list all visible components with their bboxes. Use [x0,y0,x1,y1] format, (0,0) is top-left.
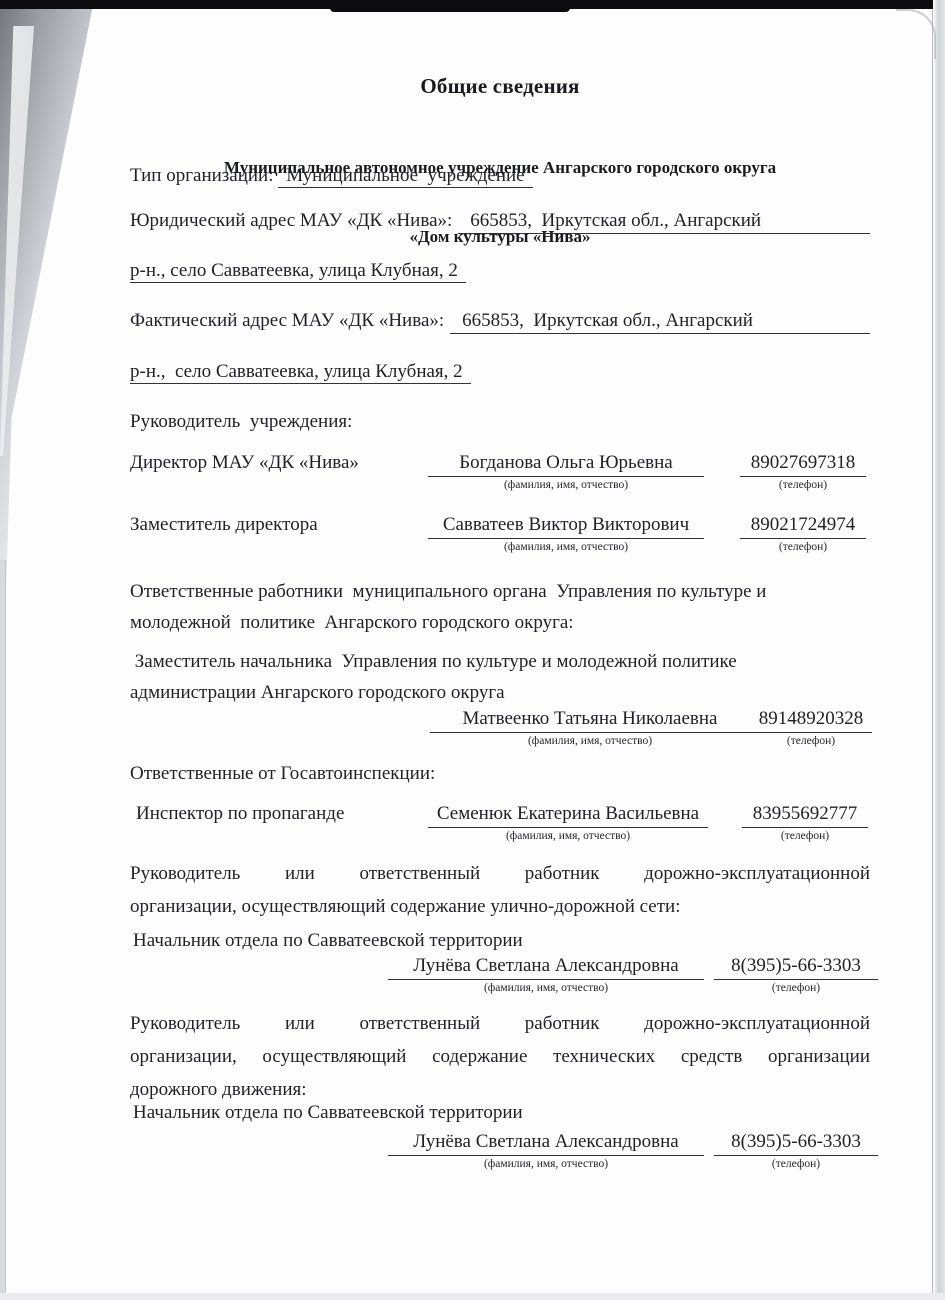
org-type-label: Тип организации: [130,165,274,186]
actual-address-row: Фактический адрес МАУ «ДК «Нива»: 665853… [130,310,870,334]
paragraph-line: Ответственные работники муниципального о… [130,576,870,607]
contact-phone-field: 8(395)5-66-3303 (телефон) [714,955,878,995]
phone-caption: (телефон) [779,478,827,492]
paragraph-line: организации, осуществляющий содержание т… [130,1040,870,1073]
contact-label: Директор МАУ «ДК «Нива» [130,452,359,474]
document-content: Общие сведения Муниципальное автономное … [0,0,945,1300]
phone-caption: (телефон) [772,1157,820,1171]
contact-phone-value: 83955692777 [742,803,868,828]
road-org-heading-2: Руководитель или ответственный работник … [130,1007,870,1106]
name-caption: (фамилия, имя, отчество) [504,540,628,554]
contact-phone-field: 89148920328 (телефон) [750,708,872,748]
contact-name-value: Матвеенко Татьяна Николаевна [430,708,750,733]
contact-row-road-head-2: Лунёва Светлана Александровна (фамилия, … [130,1131,880,1179]
contact-name-value: Лунёва Светлана Александровна [388,1131,704,1156]
contact-name-field: Лунёва Светлана Александровна (фамилия, … [388,1131,704,1171]
actual-address-label: Фактический адрес МАУ «ДК «Нива»: [130,310,450,332]
legal-address-line2-wrap: р-н., село Савватеевка, улица Клубная, 2 [130,259,466,283]
road-head-title: Начальник отдела по Савватеевской террит… [133,1101,523,1125]
actual-address-value-line2: р-н., село Савватеевка, улица Клубная, 2 [130,361,471,384]
paragraph-line: молодежной политике Ангарского городског… [130,607,870,638]
name-caption: (фамилия, имя, отчество) [504,478,628,492]
legal-address-value-line2: р-н., село Савватеевка, улица Клубная, 2 [130,260,466,283]
contact-name-field: Савватеев Виктор Викторович (фамилия, им… [428,514,704,554]
name-caption: (фамилия, имя, отчество) [528,734,652,748]
actual-address-line2-wrap: р-н., село Савватеевка, улица Клубная, 2 [130,360,471,384]
document-title: Общие сведения [130,74,870,98]
contact-name-field: Семенюк Екатерина Васильевна (фамилия, и… [428,803,708,843]
paragraph-line: Руководитель или ответственный работник … [130,1007,870,1040]
contact-name-field: Богданова Ольга Юрьевна (фамилия, имя, о… [428,452,704,492]
contact-name-value: Савватеев Виктор Викторович [428,514,704,539]
road-head-title: Начальник отдела по Савватеевской террит… [133,929,523,953]
head-section-label: Руководитель учреждения: [130,410,352,434]
contact-row-road-head-1: Лунёва Светлана Александровна (фамилия, … [130,955,880,1003]
road-org-heading-1: Руководитель или ответственный работник … [130,857,870,923]
paragraph-line: Заместитель начальника Управления по кул… [130,646,870,677]
scanned-document-page: Общие сведения Муниципальное автономное … [0,0,945,1300]
contact-name-value: Богданова Ольга Юрьевна [428,452,704,477]
legal-address-row: Юридический адрес МАУ «ДК «Нива»: 665853… [130,210,870,234]
contact-name-value: Семенюк Екатерина Васильевна [428,803,708,828]
contact-phone-field: 89027697318 (телефон) [740,452,866,492]
contact-label: Заместитель директора [130,514,318,536]
contact-phone-value: 8(395)5-66-3303 [714,955,878,980]
gai-section-heading: Ответственные от Госавтоинспекции: [130,762,435,786]
contact-label: Инспектор по пропаганде [136,803,344,825]
paragraph-line: организации, осуществляющий содержание у… [130,890,870,923]
phone-caption: (телефон) [781,829,829,843]
contact-row-deputy-head: Матвеенко Татьяна Николаевна (фамилия, и… [130,708,880,756]
contact-row-deputy-director: Заместитель директора Савватеев Виктор В… [130,514,880,562]
contact-phone-value: 8(395)5-66-3303 [714,1131,878,1156]
deputy-head-title: Заместитель начальника Управления по кул… [130,646,870,708]
name-caption: (фамилия, имя, отчество) [484,981,608,995]
contact-row-inspector: Инспектор по пропаганде Семенюк Екатерин… [130,803,880,851]
name-caption: (фамилия, имя, отчество) [506,829,630,843]
contact-phone-value: 89027697318 [740,452,866,477]
paragraph-line: администрации Ангарского городского окру… [130,677,870,708]
org-type-row: Тип организации: Муниципальное учреждени… [130,164,533,188]
municipal-staff-heading: Ответственные работники муниципального о… [130,576,870,638]
phone-caption: (телефон) [772,981,820,995]
contact-phone-value: 89021724974 [740,514,866,539]
org-type-value: Муниципальное учреждение [278,165,532,188]
paragraph-line: Руководитель или ответственный работник … [130,857,870,890]
contact-row-director: Директор МАУ «ДК «Нива» Богданова Ольга … [130,452,880,500]
phone-caption: (телефон) [787,734,835,748]
actual-address-value-line1: 665853, Иркутская обл., Ангарский [450,310,870,334]
name-caption: (фамилия, имя, отчество) [484,1157,608,1171]
contact-phone-field: 83955692777 (телефон) [742,803,868,843]
legal-address-value-line1: 665853, Иркутская обл., Ангарский [458,210,870,234]
legal-address-label: Юридический адрес МАУ «ДК «Нива»: [130,210,458,232]
contact-name-field: Матвеенко Татьяна Николаевна (фамилия, и… [430,708,750,748]
contact-name-value: Лунёва Светлана Александровна [388,955,704,980]
contact-phone-field: 89021724974 (телефон) [740,514,866,554]
phone-caption: (телефон) [779,540,827,554]
contact-phone-value: 89148920328 [750,708,872,733]
contact-phone-field: 8(395)5-66-3303 (телефон) [714,1131,878,1171]
contact-name-field: Лунёва Светлана Александровна (фамилия, … [388,955,704,995]
